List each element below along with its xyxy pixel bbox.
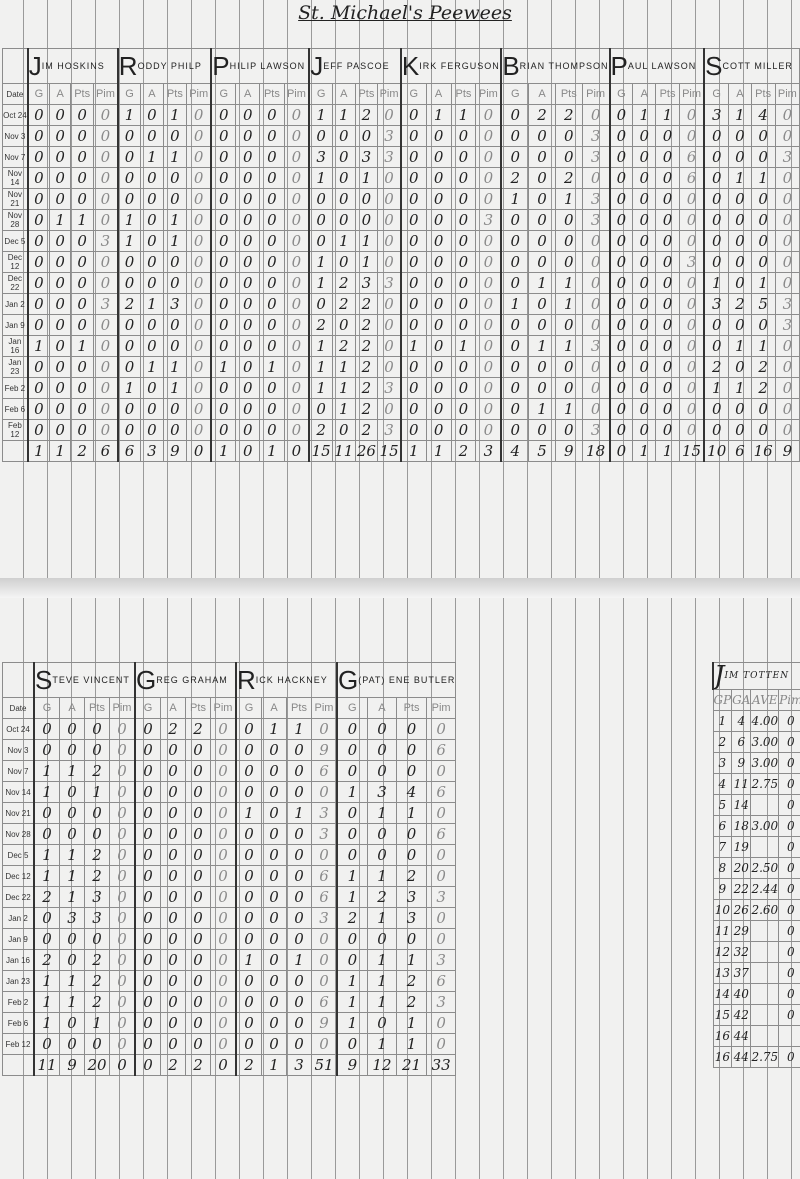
corner-cell: [3, 49, 28, 84]
stat-cell: 0: [118, 420, 141, 441]
stat-cell: 0: [135, 845, 161, 866]
stat-cell: 0: [312, 1034, 338, 1055]
stat-cell: 0: [451, 357, 476, 378]
stat-cell: 1: [309, 357, 332, 378]
stat-cell: 2: [309, 420, 332, 441]
goalie-pim: 0: [779, 858, 800, 879]
stat-cell: 0: [71, 126, 94, 147]
stat-cell: 0: [284, 210, 309, 231]
stat-cell: 1: [397, 1034, 427, 1055]
stat-cell: 0: [476, 336, 501, 357]
stat-cell: 0: [729, 273, 751, 294]
stat-cell: 1: [426, 105, 451, 126]
stat-cell: 0: [582, 378, 609, 399]
stat-cell: 0: [610, 189, 633, 210]
stat-cell: 0: [262, 824, 287, 845]
stat-cell: 1: [34, 761, 60, 782]
stat-cell: 0: [451, 168, 476, 189]
stat-cell: 0: [34, 1034, 60, 1055]
game-date: Feb 6: [3, 399, 28, 420]
stat-cell: 1: [367, 1034, 397, 1055]
stat-cell: 0: [94, 399, 118, 420]
stat-cell: 0: [378, 231, 401, 252]
stat-cell: 0: [94, 126, 118, 147]
goalie-ave: [751, 963, 779, 984]
stat-header-pts: Pts: [71, 84, 94, 105]
stat-cell: 0: [751, 315, 775, 336]
player-name-rest: EFF PASCOE: [323, 61, 389, 71]
stat-cell: 1: [163, 231, 187, 252]
table-row: Dec 51120000000000000: [3, 845, 456, 866]
stat-cell: 0: [476, 378, 501, 399]
stat-cell: 0: [426, 761, 456, 782]
goalie-row: 6183.000: [713, 816, 800, 837]
stat-cell: 1: [729, 378, 751, 399]
stat-cell: 3: [582, 189, 609, 210]
game-date: Nov 21: [3, 803, 35, 824]
stat-cell: 0: [161, 929, 186, 950]
goalie-total-ave: 2.75: [751, 1047, 779, 1068]
goalie-ave: [751, 921, 779, 942]
stat-cell: 0: [775, 189, 799, 210]
total-cell: 18: [582, 441, 609, 462]
stat-cell: 1: [287, 719, 312, 740]
stat-cell: 0: [656, 231, 680, 252]
stat-cell: 0: [501, 210, 528, 231]
stat-cell: 0: [187, 126, 212, 147]
player-name-rest: (PAT) ENE BUTLER: [358, 675, 455, 685]
stat-cell: 0: [501, 273, 528, 294]
table-row: Jan 1610100000000012201010011300000110: [3, 336, 800, 357]
stat-cell: 0: [633, 378, 656, 399]
game-date: Feb 12: [3, 1034, 35, 1055]
total-cell: 15: [309, 441, 332, 462]
stat-cell: 3: [85, 887, 110, 908]
stat-cell: 0: [110, 887, 136, 908]
stat-cell: 0: [211, 126, 235, 147]
stat-cell: 2: [704, 357, 729, 378]
stat-cell: 0: [34, 824, 60, 845]
stat-cell: 0: [262, 950, 287, 971]
stat-cell: 0: [50, 378, 71, 399]
stat-cell: 0: [476, 420, 501, 441]
stat-cell: 1: [118, 378, 141, 399]
stat-cell: 0: [610, 315, 633, 336]
stat-header-pim: Pim: [476, 84, 501, 105]
stat-cell: 0: [656, 399, 680, 420]
stat-cell: 0: [118, 189, 141, 210]
stat-cell: 0: [355, 189, 378, 210]
stat-cell: 0: [50, 168, 71, 189]
stat-cell: 0: [656, 189, 680, 210]
stat-cell: 0: [633, 210, 656, 231]
stat-cell: 1: [729, 105, 751, 126]
stat-cell: 1: [451, 336, 476, 357]
stat-cell: 0: [679, 294, 704, 315]
goalie-ave: [751, 1005, 779, 1026]
stat-cell: 0: [187, 168, 212, 189]
stat-cell: 0: [633, 336, 656, 357]
stat-cell: 0: [211, 866, 237, 887]
stat-cell: 0: [135, 1013, 161, 1034]
stat-cell: 0: [135, 719, 161, 740]
stat-cell: 0: [187, 294, 212, 315]
stat-cell: 0: [378, 252, 401, 273]
stat-cell: 0: [397, 929, 427, 950]
totals-label: [3, 1055, 35, 1076]
stat-cell: 1: [555, 294, 582, 315]
stat-cell: 0: [186, 887, 211, 908]
stat-cell: 0: [367, 824, 397, 845]
stat-header-g: G: [309, 84, 332, 105]
stat-cell: 1: [501, 189, 528, 210]
game-date: Jan 23: [3, 971, 35, 992]
goalie-ga: 42: [732, 1005, 751, 1026]
stat-cell: 1: [309, 378, 332, 399]
stat-cell: 0: [729, 315, 751, 336]
goalie-gp: 4: [713, 774, 732, 795]
stat-cell: 0: [426, 315, 451, 336]
stat-cell: 0: [284, 315, 309, 336]
stat-cell: 0: [704, 168, 729, 189]
stat-cell: 0: [34, 740, 60, 761]
goalie-header-ga: GA: [732, 690, 751, 711]
stat-cell: 3: [163, 294, 187, 315]
total-cell: 2: [71, 441, 94, 462]
date-header: Date: [3, 698, 35, 719]
stat-header-a: A: [60, 698, 85, 719]
total-cell: 9: [775, 441, 799, 462]
stat-header-g: G: [135, 698, 161, 719]
goalie-gp: 8: [713, 858, 732, 879]
stat-cell: 3: [679, 252, 704, 273]
stat-cell: 0: [610, 252, 633, 273]
stat-cell: 3: [309, 147, 332, 168]
stat-cell: 0: [262, 845, 287, 866]
total-cell: 16: [751, 441, 775, 462]
stat-cell: 0: [287, 740, 312, 761]
stat-cell: 1: [704, 378, 729, 399]
stat-cell: 0: [135, 1034, 161, 1055]
stat-cell: 0: [161, 824, 186, 845]
stat-cell: 0: [312, 929, 338, 950]
stat-cell: 0: [309, 399, 332, 420]
stat-cell: 3: [582, 336, 609, 357]
stat-cell: 0: [118, 147, 141, 168]
table-row: Nov 2801101010000000000003000300000000: [3, 210, 800, 231]
stat-cell: 0: [186, 908, 211, 929]
stat-cell: 1: [397, 1013, 427, 1034]
totals-row: 1192000220213519122133: [3, 1055, 456, 1076]
stat-cell: 2: [118, 294, 141, 315]
stat-cell: 0: [28, 147, 50, 168]
stat-cell: 0: [401, 357, 426, 378]
stat-cell: 0: [94, 168, 118, 189]
goalie-pim: 0: [779, 984, 800, 1005]
stat-cell: 1: [656, 105, 680, 126]
stat-cell: 0: [426, 908, 456, 929]
stat-cell: 0: [775, 231, 799, 252]
stat-cell: 0: [397, 761, 427, 782]
goalie-gp: 6: [713, 816, 732, 837]
table-row: Dec 121120000000061120: [3, 866, 456, 887]
stat-cell: 0: [633, 420, 656, 441]
total-cell: 1: [260, 441, 284, 462]
stat-cell: 0: [476, 357, 501, 378]
stat-cell: 0: [451, 378, 476, 399]
player-name-header: STEVE VINCENT: [34, 663, 135, 698]
stat-cell: 0: [187, 231, 212, 252]
stat-cell: 0: [28, 420, 50, 441]
stat-cell: 0: [141, 126, 163, 147]
game-date: Jan 2: [3, 908, 35, 929]
stat-cell: 0: [236, 189, 260, 210]
stat-cell: 3: [378, 378, 401, 399]
stat-cell: 0: [186, 740, 211, 761]
stat-cell: 0: [260, 420, 284, 441]
stat-cell: 0: [451, 147, 476, 168]
stat-header-a: A: [633, 84, 656, 105]
stat-cell: 1: [287, 950, 312, 971]
stat-cell: 0: [211, 147, 235, 168]
stat-cell: 0: [582, 399, 609, 420]
stat-cell: 0: [236, 147, 260, 168]
stat-cell: 0: [610, 168, 633, 189]
stat-cell: 0: [679, 336, 704, 357]
stat-cell: 0: [94, 273, 118, 294]
stat-cell: 0: [187, 252, 212, 273]
stat-cell: 0: [236, 357, 260, 378]
stat-cell: 0: [287, 887, 312, 908]
stat-cell: 2: [85, 950, 110, 971]
stat-cell: 0: [378, 210, 401, 231]
stat-cell: 0: [71, 399, 94, 420]
stat-cell: 0: [85, 719, 110, 740]
game-date: Feb 2: [3, 378, 28, 399]
stat-header-a: A: [236, 84, 260, 105]
stat-cell: 0: [426, 803, 456, 824]
stat-cell: 0: [141, 399, 163, 420]
total-cell: 9: [60, 1055, 85, 1076]
stat-cell: 3: [397, 908, 427, 929]
stat-cell: 1: [118, 231, 141, 252]
game-date: Jan 23: [3, 357, 28, 378]
stat-cell: 2: [85, 971, 110, 992]
stat-cell: 0: [236, 929, 262, 950]
stat-cell: 0: [610, 378, 633, 399]
stat-cell: 0: [118, 252, 141, 273]
stat-cell: 0: [401, 147, 426, 168]
stat-cell: 0: [284, 189, 309, 210]
stat-cell: 3: [775, 315, 799, 336]
total-cell: 15: [378, 441, 401, 462]
stat-cell: 0: [582, 168, 609, 189]
stat-cell: 6: [426, 740, 456, 761]
stat-cell: 2: [85, 866, 110, 887]
table-row: Jan 90000000000000000: [3, 929, 456, 950]
player-name-rest: RIAN THOMPSON: [520, 61, 609, 71]
stat-cell: 1: [309, 168, 332, 189]
stat-cell: 0: [287, 908, 312, 929]
stat-cell: 0: [332, 315, 355, 336]
stat-cell: 0: [656, 168, 680, 189]
stat-cell: 0: [751, 126, 775, 147]
stat-cell: 0: [337, 1034, 367, 1055]
goalie-gp: 3: [713, 753, 732, 774]
goalie-pim: 0: [779, 963, 800, 984]
goalie-gp: 11: [713, 921, 732, 942]
stat-cell: 0: [236, 845, 262, 866]
stat-cell: 0: [187, 315, 212, 336]
stat-cell: 0: [501, 399, 528, 420]
stat-cell: 0: [211, 908, 237, 929]
stat-cell: 0: [397, 845, 427, 866]
total-cell: 3: [287, 1055, 312, 1076]
stat-cell: 0: [656, 315, 680, 336]
stat-cell: 0: [751, 399, 775, 420]
total-cell: 0: [236, 441, 260, 462]
stat-cell: 0: [161, 887, 186, 908]
stat-cell: 6: [679, 147, 704, 168]
stat-cell: 1: [28, 336, 50, 357]
table-row: Nov 1400000000000010100000202000060110: [3, 168, 800, 189]
total-cell: 1: [656, 441, 680, 462]
stat-cell: 0: [287, 1034, 312, 1055]
player-name-header: JIM HOSKINS: [28, 49, 118, 84]
stat-cell: 0: [451, 252, 476, 273]
goalie-gp: 16: [713, 1026, 732, 1047]
stat-cell: 6: [426, 782, 456, 803]
stat-cell: 0: [28, 231, 50, 252]
game-date: Dec 22: [3, 273, 28, 294]
stat-cell: 0: [71, 105, 94, 126]
stat-cell: 0: [378, 168, 401, 189]
stat-header-a: A: [729, 84, 751, 105]
stat-cell: 0: [236, 866, 262, 887]
total-cell: 0: [187, 441, 212, 462]
stat-cell: 0: [775, 105, 799, 126]
stat-cell: 0: [476, 126, 501, 147]
stat-cell: 0: [260, 126, 284, 147]
stat-cell: 0: [50, 231, 71, 252]
bottom-stats-table: STEVE VINCENTGREG GRAHAMRICK HACKNEYG(PA…: [2, 662, 456, 1076]
stat-cell: 0: [284, 147, 309, 168]
stat-cell: 0: [679, 210, 704, 231]
stat-cell: 0: [582, 231, 609, 252]
stat-cell: 0: [751, 189, 775, 210]
goalie-pim: 0: [779, 837, 800, 858]
goalie-row: 393.000: [713, 753, 800, 774]
stat-cell: 0: [118, 168, 141, 189]
goalie-row: 9222.440: [713, 879, 800, 900]
game-date: Oct 24: [3, 105, 28, 126]
player-initial: S: [35, 665, 52, 695]
stat-header-pim: Pim: [110, 698, 136, 719]
stat-header-g: G: [118, 84, 141, 105]
stat-cell: 0: [555, 357, 582, 378]
stat-cell: 0: [94, 105, 118, 126]
total-cell: 0: [284, 441, 309, 462]
table-row: Feb 600000000000001200000011000000000: [3, 399, 800, 420]
stat-cell: 0: [529, 294, 556, 315]
stat-cell: 1: [60, 845, 85, 866]
goalie-ave: 3.00: [751, 816, 779, 837]
stat-cell: 0: [141, 105, 163, 126]
stat-cell: 0: [118, 336, 141, 357]
stat-cell: 0: [679, 315, 704, 336]
stat-cell: 0: [287, 761, 312, 782]
goalie-ga: 40: [732, 984, 751, 1005]
stat-cell: 0: [312, 782, 338, 803]
stat-cell: 0: [633, 126, 656, 147]
stat-header-pts: Pts: [355, 84, 378, 105]
stat-cell: 1: [236, 950, 262, 971]
stat-cell: 1: [555, 336, 582, 357]
stat-cell: 3: [378, 147, 401, 168]
total-cell: 11: [34, 1055, 60, 1076]
stat-cell: 0: [426, 929, 456, 950]
stat-header-pim: Pim: [312, 698, 338, 719]
stat-cell: 0: [751, 420, 775, 441]
stat-cell: 0: [401, 315, 426, 336]
total-cell: 6: [94, 441, 118, 462]
stat-cell: 0: [141, 336, 163, 357]
goalie-ga: 19: [732, 837, 751, 858]
stat-cell: 0: [161, 1034, 186, 1055]
stat-cell: 0: [211, 782, 237, 803]
stat-cell: 0: [50, 273, 71, 294]
goalie-gp: 10: [713, 900, 732, 921]
stat-cell: 0: [186, 761, 211, 782]
stat-cell: 0: [529, 231, 556, 252]
stat-cell: 1: [34, 866, 60, 887]
stat-cell: 0: [704, 252, 729, 273]
stat-header-g: G: [337, 698, 367, 719]
stat-header-a: A: [141, 84, 163, 105]
stat-cell: 0: [729, 399, 751, 420]
stat-cell: 0: [378, 336, 401, 357]
stat-cell: 1: [211, 357, 235, 378]
stat-cell: 0: [287, 866, 312, 887]
stat-cell: 0: [332, 420, 355, 441]
stat-cell: 0: [135, 971, 161, 992]
stat-cell: 0: [141, 315, 163, 336]
stat-header-pim: Pim: [211, 698, 237, 719]
stat-cell: 0: [260, 252, 284, 273]
stat-cell: 0: [476, 294, 501, 315]
total-cell: 2: [451, 441, 476, 462]
stat-cell: 0: [309, 210, 332, 231]
stat-cell: 0: [110, 719, 136, 740]
total-cell: 1: [211, 441, 235, 462]
stat-cell: 0: [704, 210, 729, 231]
stat-header-a: A: [262, 698, 287, 719]
table-row: Nov 2100000000000000000000101300000000: [3, 189, 800, 210]
stat-cell: 0: [501, 315, 528, 336]
stat-cell: 0: [529, 168, 556, 189]
stat-cell: 3: [94, 231, 118, 252]
stat-cell: 0: [211, 315, 235, 336]
stat-cell: 0: [397, 740, 427, 761]
stat-cell: 3: [582, 126, 609, 147]
goalie-row: 14400: [713, 984, 800, 1005]
stat-cell: 2: [85, 761, 110, 782]
game-date: Jan 16: [3, 950, 35, 971]
stat-cell: 1: [71, 210, 94, 231]
stat-cell: 0: [163, 420, 187, 441]
stat-cell: 0: [555, 126, 582, 147]
stat-cell: 0: [118, 315, 141, 336]
